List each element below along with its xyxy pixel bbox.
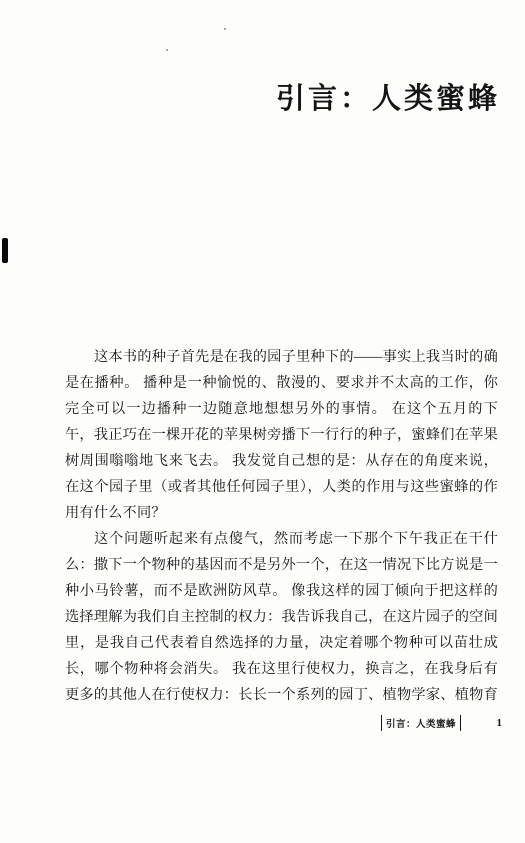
body-text-line: 更多的其他人在行使权力：长长一个系列的园丁、植物学家、植物育 [65,682,498,708]
body-text-line: 这个问题听起来有点傻气，然而考虑一下那个下午我正在干什 [65,526,498,552]
body-text-line: 用有什么不同？ [65,500,498,526]
footer-running-title: 引言：人类蜜蜂 [381,715,461,731]
body-text-line: 是在播种。 播种是一种愉悦的、散漫的、要求并不太高的工作，你 [65,370,498,396]
body-text-line: 长，哪个物种将会消失。 我在这里行使权力，换言之，在我身后有 [65,656,498,682]
scan-speck [224,28,226,30]
body-text-line: 完全可以一边播种一边随意地想想另外的事情。 在这个五月的下 [65,396,498,422]
body-text-line: 选择理解为我们自主控制的权力：我告诉我自己，在这片园子的空间 [65,604,498,630]
body-text-line: 在这个园子里（或者其他任何园子里），人类的作用与这些蜜蜂的作 [65,474,498,500]
page-footer: 引言：人类蜜蜂 1 [381,715,502,731]
body-text: 这本书的种子首先是在我的园子里种下的——事实上我当时的确 是在播种。 播种是一种… [65,344,498,708]
page-number: 1 [494,717,502,729]
body-text-line: 午，我正巧在一棵开花的苹果树旁播下一行行的种子，蜜蜂们在苹果 [65,422,498,448]
body-text-line: 么：撒下一个物种的基因而不是另外一个，在这一情况下比方说是一 [65,552,498,578]
body-text-line: 种小马铃薯，而不是欧洲防风草。 像我这样的园丁倾向于把这样的 [65,578,498,604]
book-page: 引言：人类蜜蜂 这本书的种子首先是在我的园子里种下的——事实上我当时的确 是在播… [0,0,525,843]
body-text-line: 里，是我自己代表着自然选择的力量，决定着哪个物种可以苗壮成 [65,630,498,656]
scan-speck [166,49,168,51]
chapter-title: 引言：人类蜜蜂 [276,76,500,117]
body-text-line: 这本书的种子首先是在我的园子里种下的——事实上我当时的确 [65,344,498,370]
body-text-line: 树周围嗡嗡地飞来飞去。 我发觉自己想的是：从存在的角度来说， [65,448,498,474]
binding-mark-artifact [2,238,8,263]
